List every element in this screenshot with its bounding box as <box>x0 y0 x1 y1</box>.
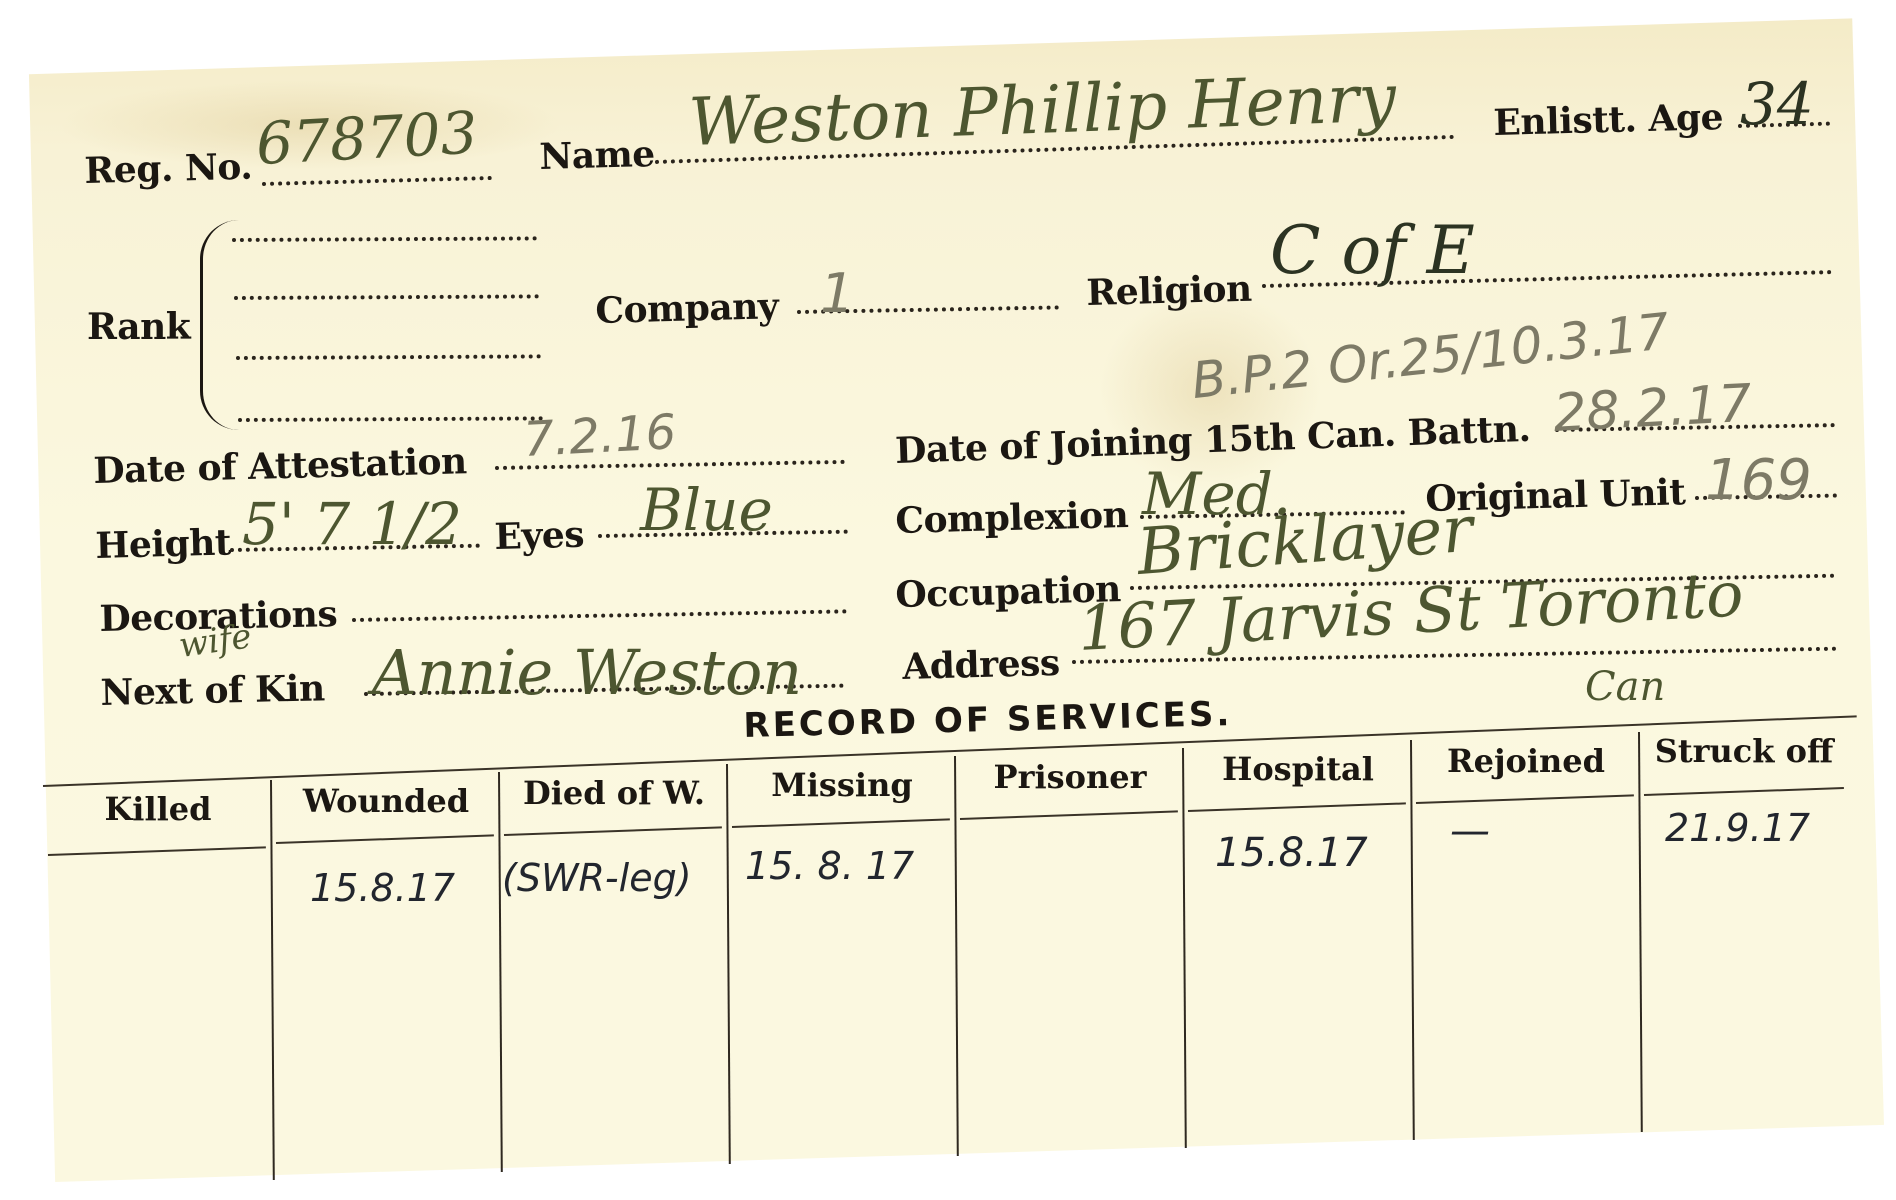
column-header-hospital: Hospital <box>1188 750 1408 788</box>
date-of-attestation-value: 7.2.16 <box>522 404 677 468</box>
complexion-label: Complexion <box>895 494 1129 542</box>
name-label: Name <box>539 133 655 178</box>
enlist-age-label: Enlistt. Age <box>1493 96 1724 144</box>
column-header-wounded: Wounded <box>276 782 496 820</box>
cell-missing: 15. 8. 17 <box>745 844 914 888</box>
address-annotation: Can <box>1585 664 1665 710</box>
date-of-joining-value: 28.2.17 <box>1552 374 1753 444</box>
eyes-value: Blue <box>640 476 773 544</box>
reg-no-value: 678703 <box>254 99 479 178</box>
rank-label: Rank <box>87 306 190 348</box>
column-header-missing: Missing <box>732 766 952 804</box>
rank-brace <box>200 220 239 430</box>
cell-wounded: 15.8.17 <box>310 866 455 910</box>
cell-hospital: 15.8.17 <box>1215 830 1368 876</box>
religion-value: C of E <box>1270 212 1475 289</box>
height-value: 5' 7 1/2 <box>242 490 462 558</box>
cell-rejoined: — <box>1450 808 1490 854</box>
cell-struck-off: 21.9.17 <box>1665 806 1810 850</box>
enlist-age-value: 34 <box>1740 70 1814 138</box>
original-unit-value: 169 <box>1705 448 1812 513</box>
next-of-kin-value: Annie Weston <box>372 636 802 709</box>
column-header-died-of-wounds: Died of W. <box>504 774 724 812</box>
next-of-kin-label: Next of Kin <box>100 667 325 714</box>
eyes-label: Eyes <box>494 514 585 558</box>
column-header-struck-off: Struck off <box>1644 732 1844 770</box>
company-value: 1 <box>820 262 854 325</box>
column-header-rejoined: Rejoined <box>1416 742 1636 780</box>
height-label: Height <box>95 521 232 567</box>
service-record-card: Reg. No. 678703 Name Weston Phillip Henr… <box>0 0 1896 1200</box>
reg-no-label: Reg. No. <box>84 146 253 192</box>
religion-label: Religion <box>1086 268 1252 314</box>
company-label: Company <box>595 285 779 332</box>
cell-died-of-wounds: (SWR-leg) <box>502 856 692 900</box>
address-label: Address <box>902 642 1060 688</box>
column-header-killed: Killed <box>48 790 268 828</box>
column-header-prisoner: Prisoner <box>960 758 1180 796</box>
